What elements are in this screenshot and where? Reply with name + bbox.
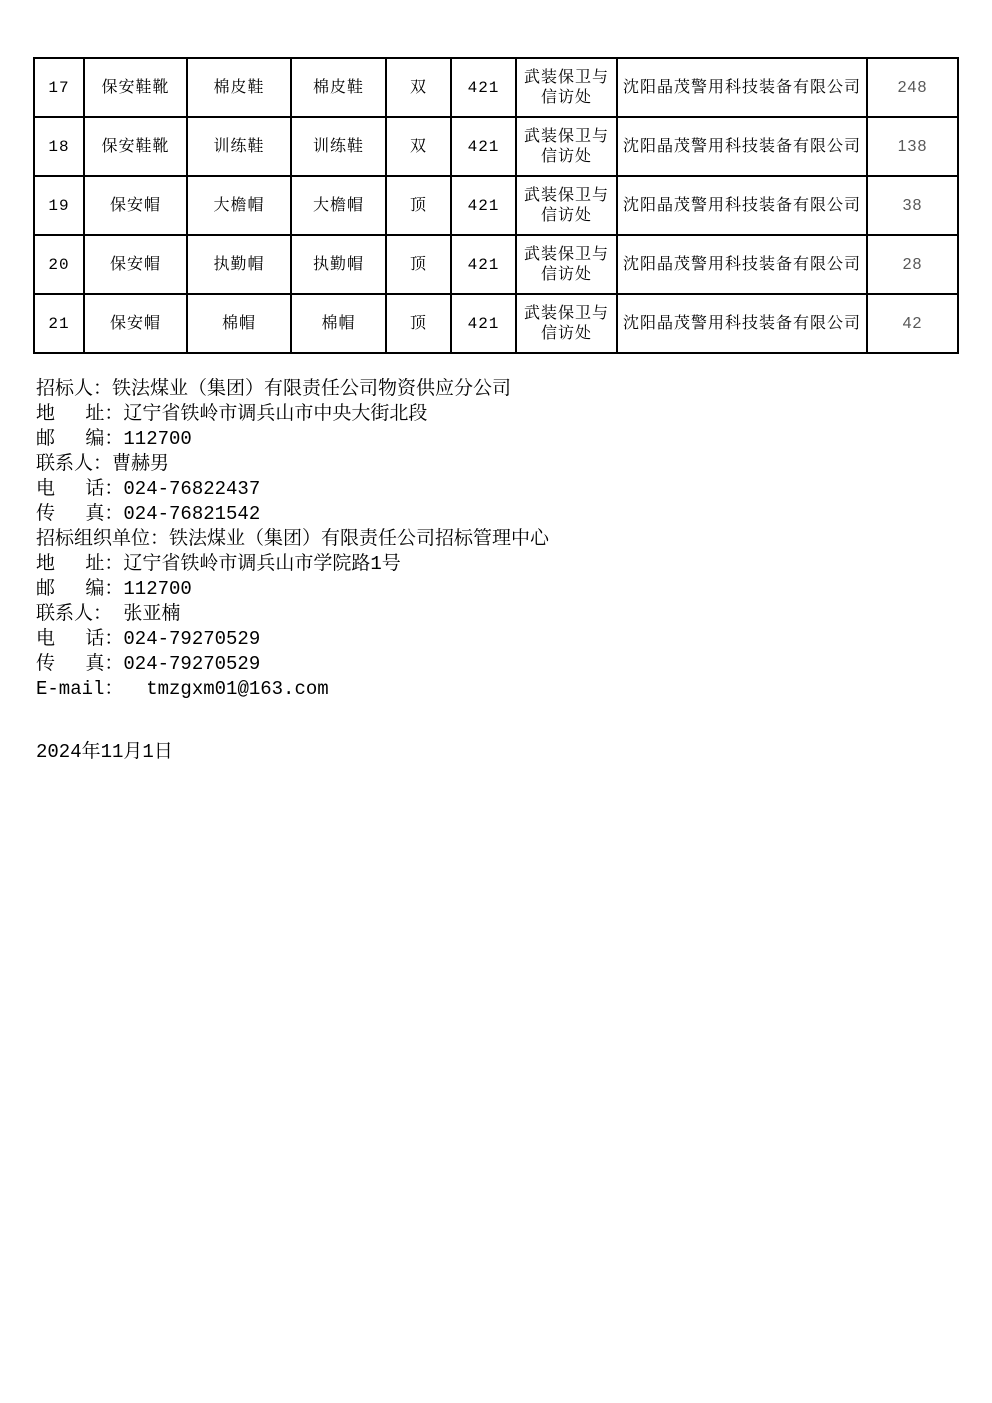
contact-block: 招标人：铁法煤业（集团）有限责任公司物资供应分公司 地 址：辽宁省铁岭市调兵山市… [36, 377, 549, 702]
cell-no: 17 [34, 58, 84, 117]
cell-amount: 28 [867, 235, 958, 294]
cell-category: 保安鞋靴 [84, 58, 187, 117]
contact-line-fax: 传 真：024-76821542 [36, 502, 549, 527]
cell-spec: 棉皮鞋 [291, 58, 386, 117]
contact-value: 024-76822437 [123, 478, 260, 500]
contact-label: 传 真： [36, 503, 123, 525]
cell-qty: 421 [451, 294, 516, 353]
table-row: 19 保安帽 大檐帽 大檐帽 顶 421 武装保卫与 信访处 沈阳晶茂警用科技装… [34, 176, 958, 235]
contact-value: tmzgxm01@163.com [123, 678, 328, 700]
contact-line-organizer: 招标组织单位：铁法煤业（集团）有限责任公司招标管理中心 [36, 527, 549, 552]
contact-label: 邮 编： [36, 428, 123, 450]
cell-supplier: 沈阳晶茂警用科技装备有限公司 [617, 294, 867, 353]
doc-date: 2024年11月1日 [36, 736, 173, 763]
cell-name: 执勤帽 [187, 235, 291, 294]
cell-amount: 42 [867, 294, 958, 353]
contact-value: 张亚楠 [112, 603, 180, 625]
cell-supplier: 沈阳晶茂警用科技装备有限公司 [617, 117, 867, 176]
contact-line-fax: 传 真：024-79270529 [36, 652, 549, 677]
contact-label: 招标人： [36, 378, 112, 400]
contact-line-tenderer: 招标人：铁法煤业（集团）有限责任公司物资供应分公司 [36, 377, 549, 402]
cell-unit: 顶 [386, 294, 451, 353]
contact-label: 招标组织单位： [36, 528, 169, 550]
cell-qty: 421 [451, 117, 516, 176]
cell-amount: 38 [867, 176, 958, 235]
cell-spec: 执勤帽 [291, 235, 386, 294]
contact-line-zipcode: 邮 编：112700 [36, 427, 549, 452]
document-page: 17 保安鞋靴 棉皮鞋 棉皮鞋 双 421 武装保卫与 信访处 沈阳晶茂警用科技… [0, 0, 992, 1403]
cell-unit: 顶 [386, 235, 451, 294]
cell-unit: 顶 [386, 176, 451, 235]
contact-value: 112700 [123, 578, 191, 600]
cell-name: 棉皮鞋 [187, 58, 291, 117]
contact-label: 传 真： [36, 653, 123, 675]
cell-dept: 武装保卫与 信访处 [516, 117, 617, 176]
cell-supplier: 沈阳晶茂警用科技装备有限公司 [617, 235, 867, 294]
contact-label: E-mail： [36, 678, 123, 700]
contact-line-zipcode: 邮 编：112700 [36, 577, 549, 602]
table-row: 20 保安帽 执勤帽 执勤帽 顶 421 武装保卫与 信访处 沈阳晶茂警用科技装… [34, 235, 958, 294]
items-table: 17 保安鞋靴 棉皮鞋 棉皮鞋 双 421 武装保卫与 信访处 沈阳晶茂警用科技… [33, 57, 959, 354]
contact-line-address: 地 址：辽宁省铁岭市调兵山市中央大街北段 [36, 402, 549, 427]
table-row: 18 保安鞋靴 训练鞋 训练鞋 双 421 武装保卫与 信访处 沈阳晶茂警用科技… [34, 117, 958, 176]
contact-label: 联系人： [36, 603, 112, 625]
cell-name: 大檐帽 [187, 176, 291, 235]
contact-label: 电 话： [36, 478, 123, 500]
contact-value: 辽宁省铁岭市调兵山市中央大街北段 [123, 403, 427, 425]
contact-line-phone: 电 话：024-76822437 [36, 477, 549, 502]
cell-spec: 训练鞋 [291, 117, 386, 176]
contact-value: 铁法煤业（集团）有限责任公司物资供应分公司 [112, 378, 511, 400]
cell-supplier: 沈阳晶茂警用科技装备有限公司 [617, 176, 867, 235]
cell-dept: 武装保卫与 信访处 [516, 176, 617, 235]
cell-no: 21 [34, 294, 84, 353]
cell-category: 保安鞋靴 [84, 117, 187, 176]
contact-line-person: 联系人：曹赫男 [36, 452, 549, 477]
contact-label: 联系人： [36, 453, 112, 475]
contact-label: 邮 编： [36, 578, 123, 600]
cell-dept: 武装保卫与 信访处 [516, 294, 617, 353]
contact-value: 112700 [123, 428, 191, 450]
cell-category: 保安帽 [84, 294, 187, 353]
cell-dept: 武装保卫与 信访处 [516, 235, 617, 294]
cell-supplier: 沈阳晶茂警用科技装备有限公司 [617, 58, 867, 117]
cell-unit: 双 [386, 58, 451, 117]
cell-qty: 421 [451, 58, 516, 117]
cell-no: 20 [34, 235, 84, 294]
contact-value: 曹赫男 [112, 453, 169, 475]
cell-unit: 双 [386, 117, 451, 176]
cell-qty: 421 [451, 235, 516, 294]
cell-spec: 棉帽 [291, 294, 386, 353]
contact-value: 024-79270529 [123, 628, 260, 650]
contact-label: 地 址： [36, 553, 123, 575]
contact-line-person: 联系人： 张亚楠 [36, 602, 549, 627]
cell-name: 棉帽 [187, 294, 291, 353]
contact-line-email: E-mail： tmzgxm01@163.com [36, 677, 549, 702]
cell-name: 训练鞋 [187, 117, 291, 176]
cell-amount: 138 [867, 117, 958, 176]
contact-value: 024-76821542 [123, 503, 260, 525]
cell-dept: 武装保卫与 信访处 [516, 58, 617, 117]
contact-line-address: 地 址：辽宁省铁岭市调兵山市学院路1号 [36, 552, 549, 577]
table-row: 21 保安帽 棉帽 棉帽 顶 421 武装保卫与 信访处 沈阳晶茂警用科技装备有… [34, 294, 958, 353]
cell-spec: 大檐帽 [291, 176, 386, 235]
contact-label: 电 话： [36, 628, 123, 650]
contact-label: 地 址： [36, 403, 123, 425]
contact-value: 024-79270529 [123, 653, 260, 675]
cell-no: 19 [34, 176, 84, 235]
cell-category: 保安帽 [84, 176, 187, 235]
cell-category: 保安帽 [84, 235, 187, 294]
contact-value: 辽宁省铁岭市调兵山市学院路1号 [123, 553, 400, 575]
cell-no: 18 [34, 117, 84, 176]
cell-amount: 248 [867, 58, 958, 117]
table-row: 17 保安鞋靴 棉皮鞋 棉皮鞋 双 421 武装保卫与 信访处 沈阳晶茂警用科技… [34, 58, 958, 117]
contact-line-phone: 电 话：024-79270529 [36, 627, 549, 652]
cell-qty: 421 [451, 176, 516, 235]
contact-value: 铁法煤业（集团）有限责任公司招标管理中心 [169, 528, 549, 550]
